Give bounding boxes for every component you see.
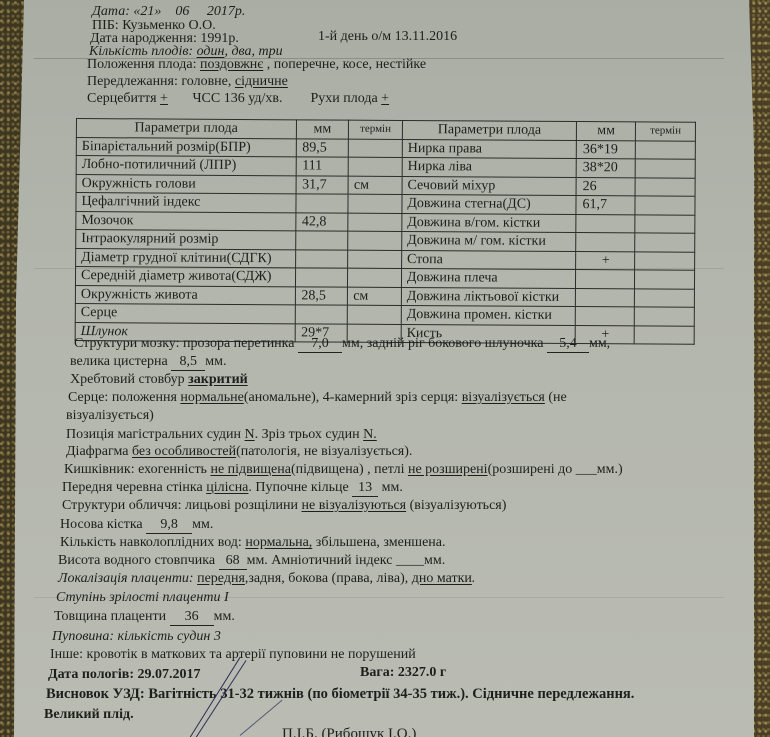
umbilical-cord: Пуповина: кількість судин 3 — [52, 629, 221, 645]
term-cell — [348, 213, 402, 232]
term-cell: см — [348, 176, 402, 195]
param-cell: Діаметр грудної клітини(СДГК) — [76, 248, 296, 268]
column-header-param: Параметри плода — [76, 119, 296, 139]
mm-cell — [295, 249, 348, 268]
param-cell: Лобно-потиличний (ЛПР) — [76, 156, 296, 176]
param-cell: Окружність голови — [76, 174, 296, 194]
term-cell — [634, 325, 694, 344]
param-cell: Стопа — [401, 250, 575, 270]
term-cell — [635, 251, 695, 270]
presentation: Передлежання: головне, сідничне — [87, 74, 288, 90]
nasal-bone: Носова кістка 9,8мм. — [60, 517, 213, 534]
term-cell — [348, 157, 402, 176]
placenta-maturity: Ступінь зрілості плаценти І — [56, 590, 229, 606]
amniotic-fluid: Кількість навколоплідних вод: нормальна,… — [60, 535, 446, 551]
term-cell: см — [348, 287, 402, 306]
last-menstrual-period: 1-й день о/м 13.11.2016 — [318, 29, 457, 45]
abdominal-wall: Передня черевна стінка цілісна. Пупочне … — [62, 480, 403, 497]
mm-cell: + — [576, 251, 635, 270]
param-cell: Серце — [75, 303, 295, 323]
estimated-weight: Вага: 2327.0 г — [360, 665, 446, 681]
param-cell: Біпарієтальний розмір(БПР) — [76, 137, 296, 157]
fetal-position: Положення плода: поздовжнє , поперечне, … — [87, 57, 426, 73]
fetal-parameters-table: Параметри плода мм термін Параметри плод… — [75, 118, 696, 345]
mm-cell — [575, 288, 634, 307]
term-cell — [635, 233, 695, 252]
column-header-mm: мм — [296, 120, 349, 139]
diaphragm: Діафрагма без особливостей(патологія, не… — [66, 444, 412, 460]
conclusion: Висновок УЗД: Вагітність 31-32 тижнів (п… — [46, 686, 634, 703]
mm-cell — [576, 233, 635, 252]
term-cell — [348, 231, 402, 250]
param-cell: Довжина плеча — [401, 268, 575, 288]
term-cell — [635, 214, 695, 233]
param-cell: Інтраокулярний розмір — [76, 230, 296, 250]
facial-structures: Структури обличчя: лицьові розщілини не … — [62, 498, 506, 514]
heartbeat-row: Серцебиття + ЧСС 136 уд/хв. Рухи плода + — [87, 91, 389, 107]
param-cell: Довжина в/гом. кістки — [402, 213, 576, 233]
param-cell: Нирка права — [402, 139, 576, 159]
mm-cell — [295, 305, 348, 324]
placenta-location: Локалізація плаценти: передня,задня, бок… — [58, 571, 475, 587]
due-date: Дата пологів: 29.07.2017 — [48, 667, 201, 683]
mm-cell: 89,5 — [296, 138, 349, 157]
column-header-param: Параметри плода — [402, 120, 576, 140]
mm-cell: 26 — [576, 177, 635, 196]
column-header-term: термін — [349, 120, 403, 139]
term-cell — [635, 196, 695, 215]
fluid-pocket: Висота водного стовпчика 68мм. Амніотичн… — [58, 553, 445, 570]
term-cell — [348, 305, 402, 324]
heart-position-cont: візуалізується) — [66, 408, 154, 424]
cisterna-magna: велика цистерна 8,5мм. — [70, 354, 226, 371]
other-findings: Інше: кровотік в маткових та артерії пуп… — [50, 647, 416, 663]
term-cell — [635, 177, 695, 196]
param-cell: Мозочок — [76, 211, 296, 231]
placenta-thickness: Товщина плаценти 36мм. — [54, 609, 235, 626]
param-cell: Середній діаметр живота(СДЖ) — [75, 267, 295, 287]
mm-cell — [295, 268, 348, 287]
param-cell: Довжина ліктьової кістки — [401, 287, 575, 307]
param-cell: Окружність живота — [75, 285, 295, 305]
term-cell — [348, 268, 402, 287]
conclusion-cont: Великий плід. — [44, 707, 134, 723]
heart-position: Серце: положення нормальне(аномальне), 4… — [68, 390, 567, 406]
mm-cell: 111 — [296, 157, 349, 176]
term-cell — [635, 270, 695, 289]
bowel: Кишківник: ехогенність не підвищена(підв… — [64, 462, 623, 478]
mm-cell: 31,7 — [296, 175, 349, 194]
mm-cell — [295, 194, 348, 213]
mm-cell: 38*20 — [576, 159, 635, 178]
term-cell — [348, 250, 402, 269]
param-cell: Сечовий міхур — [402, 176, 576, 196]
spine: Хребтовий стовбур закритий — [70, 372, 248, 388]
term-cell — [635, 159, 695, 178]
term-cell — [348, 194, 402, 213]
column-header-mm: мм — [576, 122, 635, 141]
param-cell: Нирка ліва — [402, 157, 576, 177]
param-cell: Довжина стегна(ДС) — [402, 194, 576, 214]
great-vessels: Позиція магістральних судин N. Зріз трьо… — [66, 427, 377, 443]
mm-cell: 61,7 — [576, 196, 635, 215]
term-cell — [349, 139, 403, 158]
mm-cell: 36*19 — [576, 140, 635, 159]
column-header-term: термін — [636, 122, 696, 141]
mm-cell: 42,8 — [295, 212, 348, 231]
param-cell: Довжина м/ гом. кістки — [402, 231, 576, 251]
mm-cell — [576, 270, 635, 289]
doctor-name: П.І.Б. (Рибощук І.О.) — [282, 726, 416, 737]
param-cell: Цефалгічний індекс — [76, 193, 296, 213]
term-cell — [635, 288, 695, 307]
term-cell — [636, 140, 696, 159]
mm-cell — [575, 307, 634, 326]
mm-cell — [576, 214, 635, 233]
term-cell — [635, 307, 695, 326]
param-cell: Довжина промен. кістки — [401, 305, 575, 325]
brain-structures: Структури мозку: прозора перетинка 7,0мм… — [74, 336, 610, 353]
mm-cell — [295, 231, 348, 250]
mm-cell: 28,5 — [295, 286, 348, 305]
